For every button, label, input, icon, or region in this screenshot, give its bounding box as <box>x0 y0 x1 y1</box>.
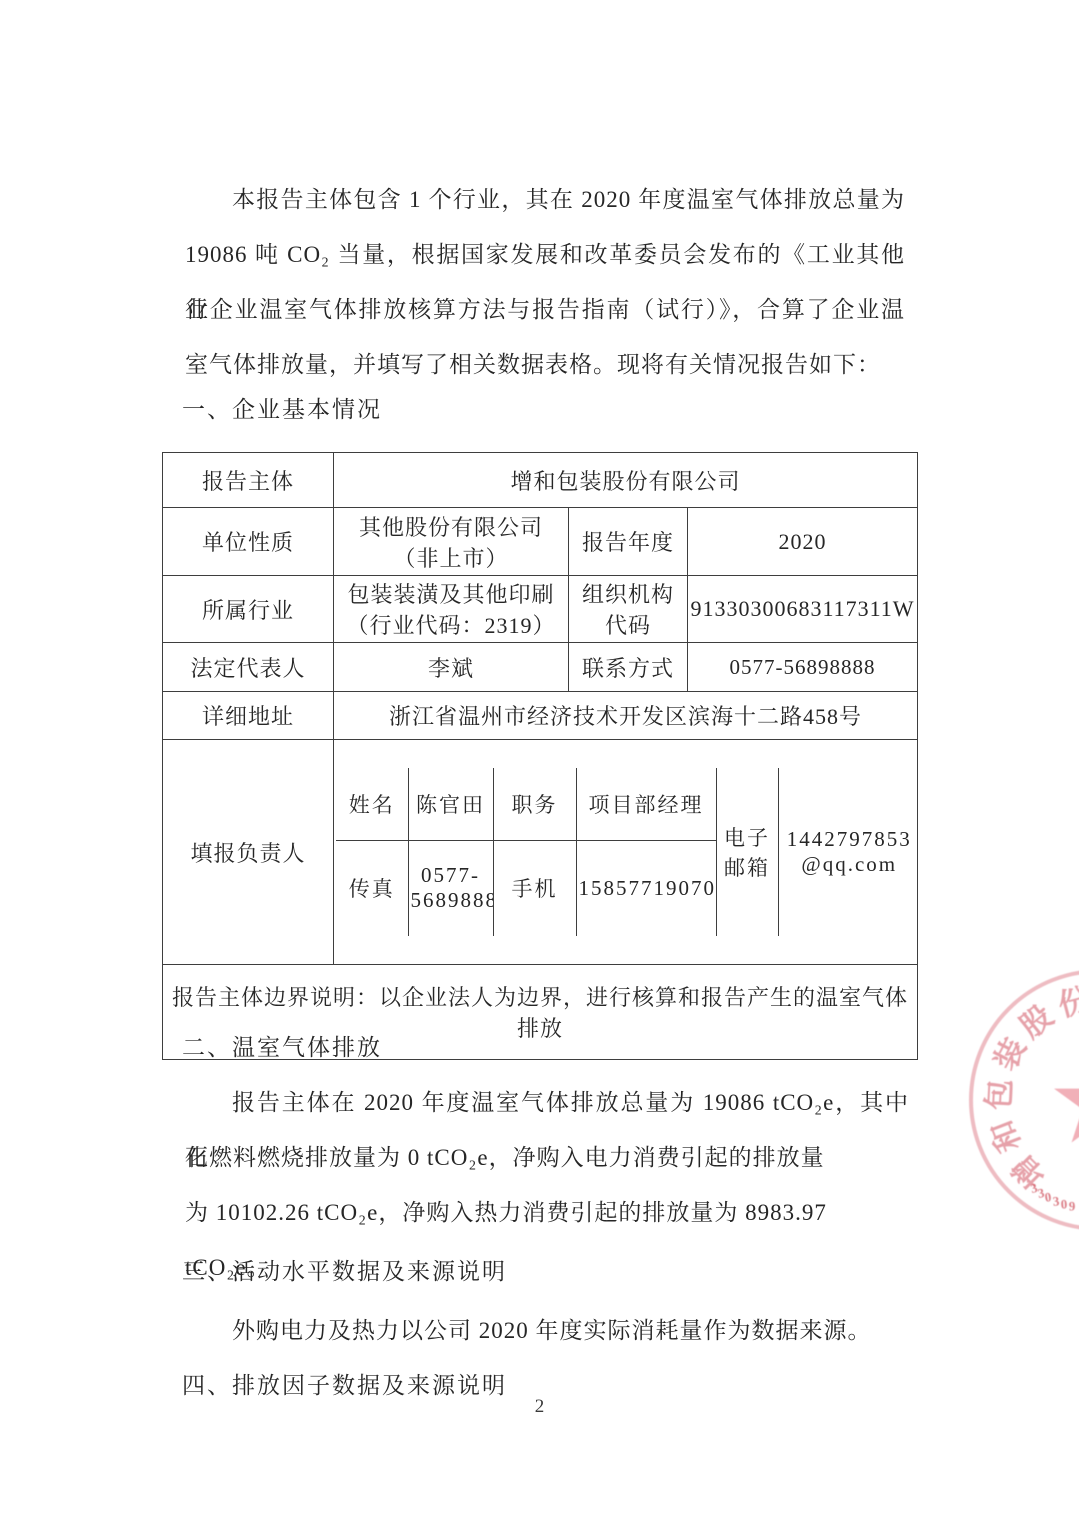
page-number: 2 <box>0 1396 1079 1418</box>
legal-rep-label: 法定代表人 <box>163 643 334 692</box>
seal-ring <box>969 969 1079 1231</box>
title-label: 职务 <box>493 768 576 840</box>
intro-line-3: 业企业温室气体排放核算方法与报告指南（试行）》，合算了企业温 <box>185 282 905 337</box>
filler-label: 填报负责人 <box>163 740 334 965</box>
intro-line-1: 本报告主体包含 1 个行业，其在 2020 年度温室气体排放总量为 <box>185 172 905 227</box>
section-2-paragraph: 报告主体在 2020 年度温室气体排放总量为 19086 tCO₂e，其中化 石… <box>185 1075 909 1240</box>
email-value: 1442797853@qq.com <box>778 768 918 936</box>
seal-arc-char: 和 <box>986 1116 1026 1156</box>
company-seal: 增 和 包 装 股 份 ★ 3 3 0 3 0 9 <box>960 960 1079 1240</box>
address-value: 浙江省温州市经济技术开发区滨海十二路458号 <box>334 692 918 740</box>
contact-value: 0577-56898888 <box>688 643 918 692</box>
email-label: 电子邮箱 <box>716 768 778 936</box>
mobile-value: 15857719070 <box>576 840 716 936</box>
report-entity-label: 报告主体 <box>163 453 334 508</box>
seal-arc-char: 包 <box>983 1078 1016 1111</box>
seal-arc-char: 增 <box>1007 1149 1051 1193</box>
report-year-label: 报告年度 <box>569 508 688 576</box>
title-value: 项目部经理 <box>576 768 716 840</box>
seal-number-digit: 9 <box>1069 1199 1076 1212</box>
seal-arc-char: 股 <box>1015 1000 1059 1044</box>
section-2-heading: 二、温室气体排放 <box>182 1032 382 1064</box>
section-3-paragraph: 外购电力及热力以公司 2020 年度实际消耗量作为数据来源。 <box>185 1303 909 1358</box>
seal-number-digit: 0 <box>1060 1197 1067 1210</box>
table-row: 报告主体 增和包装股份有限公司 <box>163 453 918 508</box>
section-2-line-2: 石燃料燃烧排放量为 0 tCO₂e，净购入电力消费引起的排放量 <box>185 1130 909 1185</box>
seal-number-digit: 3 <box>1052 1194 1060 1208</box>
org-code-value: 91330300683117311W <box>688 576 918 643</box>
intro-paragraph: 本报告主体包含 1 个行业，其在 2020 年度温室气体排放总量为 19086 … <box>185 172 905 392</box>
section-2-line-3: 为 10102.26 tCO₂e，净购入热力消费引起的排放量为 8983.97 … <box>185 1185 909 1240</box>
contact-label: 联系方式 <box>569 643 688 692</box>
report-year-value: 2020 <box>688 508 918 576</box>
company-info-table: 报告主体 增和包装股份有限公司 单位性质 其他股份有限公司 （非上市） 报告年度… <box>162 452 918 1060</box>
intro-line-4: 室气体排放量，并填写了相关数据表格。现将有关情况报告如下： <box>185 337 905 392</box>
industry-label: 所属行业 <box>163 576 334 643</box>
section-3-heading: 三、活动水平数据及来源说明 <box>182 1256 507 1288</box>
legal-rep-value: 李斌 <box>334 643 569 692</box>
seal-arc-char: 份 <box>1055 983 1079 1021</box>
table-row: 法定代表人 李斌 联系方式 0577-56898888 <box>163 643 918 692</box>
report-entity-value: 增和包装股份有限公司 <box>334 453 918 508</box>
seal-arc-char: 装 <box>989 1033 1031 1075</box>
section-1-heading: 一、企业基本情况 <box>182 394 382 426</box>
org-code-label: 组织机构代码 <box>569 576 688 643</box>
table-row: 所属行业 包装装潢及其他印刷 （行业代码：2319） 组织机构代码 913303… <box>163 576 918 643</box>
fax-value: 0577-56898889 <box>408 840 493 936</box>
table-row: 姓名 陈官田 职务 项目部经理 电子邮箱 1442797853@qq.com <box>336 768 918 840</box>
table-row: 详细地址 浙江省温州市经济技术开发区滨海十二路458号 <box>163 692 918 740</box>
intro-line-2: 19086 吨 CO₂ 当量，根据国家发展和改革委员会发布的《工业其他行 <box>185 227 905 282</box>
filler-sub-table: 姓名 陈官田 职务 项目部经理 电子邮箱 1442797853@qq.com 传… <box>336 768 918 936</box>
mobile-label: 手机 <box>493 840 576 936</box>
unit-nature-label: 单位性质 <box>163 508 334 576</box>
seal-number-digit: 3 <box>1029 1181 1038 1195</box>
table-row: 填报负责人 姓名 陈官田 职务 项目部经理 电子邮箱 1442797853@qq… <box>163 740 918 965</box>
seal-number-digit: 0 <box>1044 1190 1052 1204</box>
name-label: 姓名 <box>336 768 408 840</box>
industry-value: 包装装潢及其他印刷 （行业代码：2319） <box>334 576 569 643</box>
section-2-line-1: 报告主体在 2020 年度温室气体排放总量为 19086 tCO₂e，其中化 <box>185 1075 909 1130</box>
unit-nature-value: 其他股份有限公司 （非上市） <box>334 508 569 576</box>
fax-label: 传真 <box>336 840 408 936</box>
address-label: 详细地址 <box>163 692 334 740</box>
seal-number-digit: 3 <box>1037 1186 1046 1200</box>
star-icon: ★ <box>1046 1042 1079 1162</box>
section-3-line-1: 外购电力及热力以公司 2020 年度实际消耗量作为数据来源。 <box>185 1303 909 1358</box>
name-value: 陈官田 <box>408 768 493 840</box>
table-row: 单位性质 其他股份有限公司 （非上市） 报告年度 2020 <box>163 508 918 576</box>
